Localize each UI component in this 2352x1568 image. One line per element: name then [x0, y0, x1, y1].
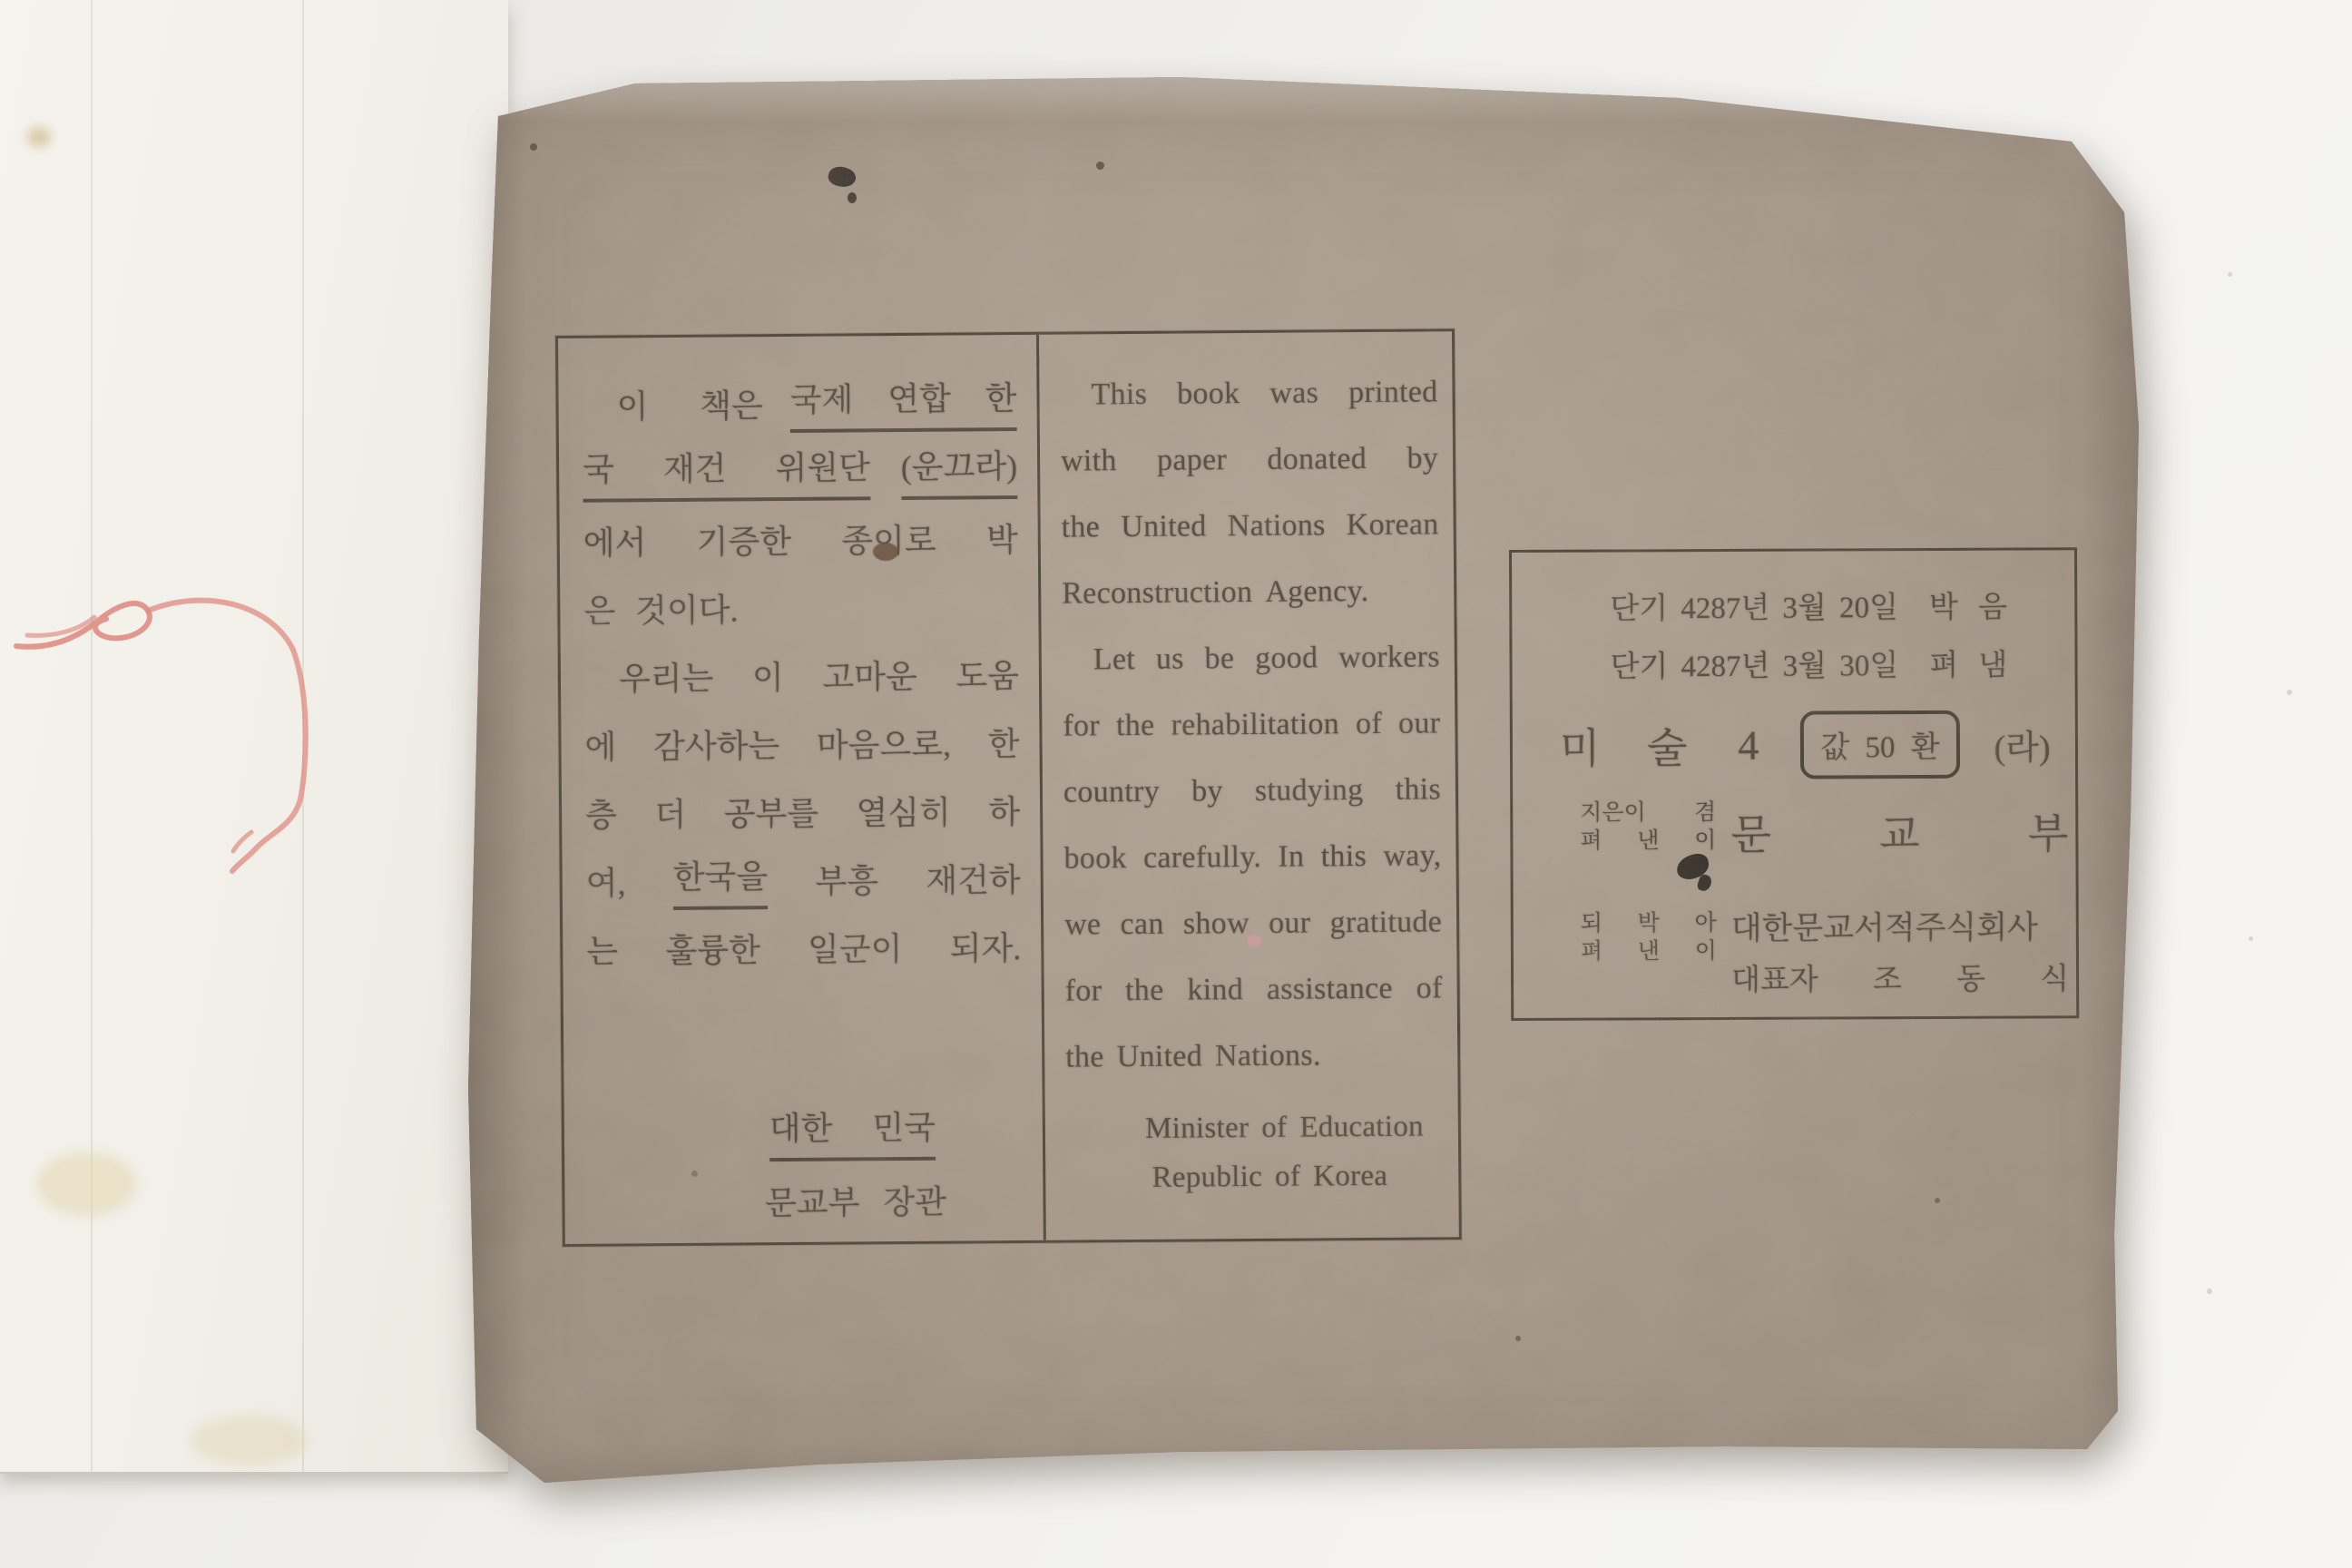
- korean-text: 은것이다.: [583, 584, 739, 632]
- ink-speck: [691, 1171, 698, 1177]
- english-text: fortherehabilitationofour: [1063, 706, 1440, 743]
- korean-text-underlined: 국재건위원단: [583, 442, 870, 502]
- edition-mark: (라): [1994, 719, 2050, 769]
- printer-publisher-label: 되박아 펴낸이: [1581, 909, 1717, 966]
- underlying-white-pages: [0, 0, 508, 1474]
- korean-text-underlined: 국제연합한: [790, 373, 1017, 433]
- korean-line: 우리는이고마운도움: [584, 640, 1020, 711]
- author-publisher-value: 문교부: [1730, 800, 2068, 862]
- pink-speck: [1247, 935, 1261, 947]
- printed-date-row: 단기 4287년 3월 20일 박 음: [1610, 576, 2007, 634]
- published-date: 단기 4287년 3월 30일: [1610, 642, 1898, 685]
- english-line: Letusbegoodworkers: [1063, 623, 1441, 692]
- korean-notice-column: 이책은 국제연합한 국재건위원단 (운끄라) 에서기증한종이로박 은것이다. 우: [558, 335, 1046, 1244]
- label-line: 지은이겸: [1580, 799, 1716, 828]
- brown-stain: [873, 543, 898, 561]
- page-bottom-shading: [463, 1443, 2169, 1506]
- korean-text: 층더공부를열심히하: [585, 787, 1020, 837]
- red-thread-mark: [0, 0, 508, 1472]
- korean-line: 층더공부를열심히하: [585, 776, 1021, 848]
- korean-line: 에감사하는마음으로,한: [584, 708, 1020, 779]
- page-right-shading: [2082, 73, 2169, 1506]
- subject-title: 미 술: [1560, 715, 1688, 776]
- backdrop-speck: [2207, 1289, 2212, 1294]
- ink-speck: [1515, 1336, 1521, 1341]
- ink-blot: [826, 163, 857, 191]
- korean-text: 여,: [586, 857, 626, 904]
- korean-line: 은것이다.: [583, 572, 1019, 643]
- ink-speck: [1096, 162, 1104, 170]
- korean-text: 에감사하는마음으로,한: [584, 719, 1019, 769]
- english-text: bookcarefully.Inthisway,: [1063, 838, 1441, 876]
- korean-text: 는훌륭한일군이되자.: [586, 923, 1021, 973]
- korean-text-underlined: 대한민국: [769, 1102, 936, 1161]
- english-text: forthekindassistanceof: [1065, 971, 1443, 1008]
- english-text: theUnitedNationsKorean: [1062, 507, 1439, 544]
- english-notice-column: Thisbookwasprinted withpaperdonatedby th…: [1042, 331, 1459, 1240]
- author-publisher-label: 지은이겸 펴낸이: [1580, 799, 1716, 856]
- ink-speck: [848, 192, 857, 203]
- english-signature-country: RepublicofKorea: [1066, 1151, 1444, 1202]
- page-top-highlight: [463, 73, 2169, 122]
- price-box: 값 50 환: [1800, 710, 1960, 779]
- ink-speck: [1935, 1198, 1940, 1203]
- english-line: forthekindassistanceof: [1064, 955, 1443, 1024]
- korean-text-underlined: (운끄라): [901, 441, 1018, 500]
- subject-row: 미 술 4 값 50 환 (라): [1560, 693, 2051, 795]
- english-text: Thisbookwasprinted: [1091, 375, 1437, 412]
- korean-text: 부흥: [815, 856, 878, 903]
- colophon-box: 단기 4287년 3월 20일 박 음 단기 4287년 3월 30일 펴 냄 …: [1509, 547, 2079, 1021]
- subject-grade: 4: [1738, 720, 1759, 769]
- brown-page-wrap: 이책은 국제연합한 국재건위원단 (운끄라) 에서기증한종이로박 은것이다. 우: [463, 73, 2169, 1506]
- published-date-label: 펴 냄: [1929, 641, 2007, 683]
- korean-text: 재건하: [926, 855, 1021, 902]
- korean-text: 문교부장관: [765, 1176, 946, 1224]
- english-text: theUnitedNations.: [1065, 1038, 1321, 1074]
- english-text: Letusbegoodworkers: [1093, 640, 1440, 677]
- label-line: 펴낸이: [1581, 937, 1717, 966]
- korean-text: 이책은: [616, 380, 763, 427]
- korean-line: 이책은 국제연합한: [582, 367, 1017, 439]
- label-line: 되박아: [1581, 909, 1717, 938]
- photo-stage: 이책은 국제연합한 국재건위원단 (운끄라) 에서기증한종이로박 은것이다. 우: [0, 0, 2352, 1568]
- english-line: fortherehabilitationofour: [1063, 690, 1441, 759]
- korean-signature-country: 대한민국: [587, 1051, 1023, 1163]
- published-date-row: 단기 4287년 3월 30일 펴 냄: [1610, 634, 2007, 692]
- english-line: ReconstructionAgency.: [1062, 557, 1440, 626]
- korean-line: 는훌륭한일군이되자.: [586, 912, 1022, 984]
- korean-line: 여, 한국을 부흥 재건하: [585, 844, 1021, 916]
- english-line: wecanshowourgratitude: [1064, 888, 1443, 957]
- brown-paper-page: 이책은 국제연합한 국재건위원단 (운끄라) 에서기증한종이로박 은것이다. 우: [463, 73, 2169, 1506]
- korean-signature-minister: 문교부장관: [588, 1160, 1024, 1241]
- korean-line: 국재건위원단 (운끄라): [583, 436, 1018, 507]
- english-line: bookcarefully.Inthisway,: [1063, 822, 1442, 891]
- english-line: theUnitedNations.: [1065, 1021, 1444, 1090]
- english-line: theUnitedNationsKorean: [1061, 491, 1439, 560]
- printer-representative-value: 대표자조동식: [1731, 955, 2069, 999]
- backdrop-speck: [2228, 272, 2232, 277]
- printer-company-value: 대한문교서적주식회사: [1731, 902, 2038, 948]
- english-text: ReconstructionAgency.: [1062, 573, 1368, 611]
- label-line: 펴낸이: [1580, 827, 1716, 856]
- english-line: Thisbookwasprinted: [1060, 358, 1438, 427]
- printed-date: 단기 4287년 3월 20일: [1610, 583, 1898, 627]
- english-text: RepublicofKorea: [1151, 1159, 1387, 1194]
- english-text: withpaperdonatedby: [1061, 441, 1438, 478]
- korean-text: 우리는이고마운도움: [619, 651, 1019, 700]
- english-text: MinisterofEducation: [1145, 1110, 1424, 1145]
- korean-text-underlined: 한국을: [673, 851, 769, 910]
- korean-text: 에서기증한종이로박: [583, 514, 1018, 564]
- english-line: countrybystudyingthis: [1063, 756, 1442, 825]
- donation-notice-box: 이책은 국제연합한 국재건위원단 (운끄라) 에서기증한종이로박 은것이다. 우: [555, 328, 1462, 1247]
- english-line: withpaperdonatedby: [1061, 425, 1439, 494]
- english-signature-minister: MinisterofEducation: [1066, 1102, 1444, 1153]
- english-text: countrybystudyingthis: [1063, 772, 1441, 809]
- backdrop-speck: [2287, 690, 2292, 695]
- printed-date-label: 박 음: [1929, 583, 2007, 625]
- korean-line: 에서기증한종이로박: [583, 504, 1018, 575]
- ink-speck: [530, 143, 537, 151]
- page-left-shading: [463, 73, 526, 1506]
- backdrop-speck: [2249, 936, 2253, 941]
